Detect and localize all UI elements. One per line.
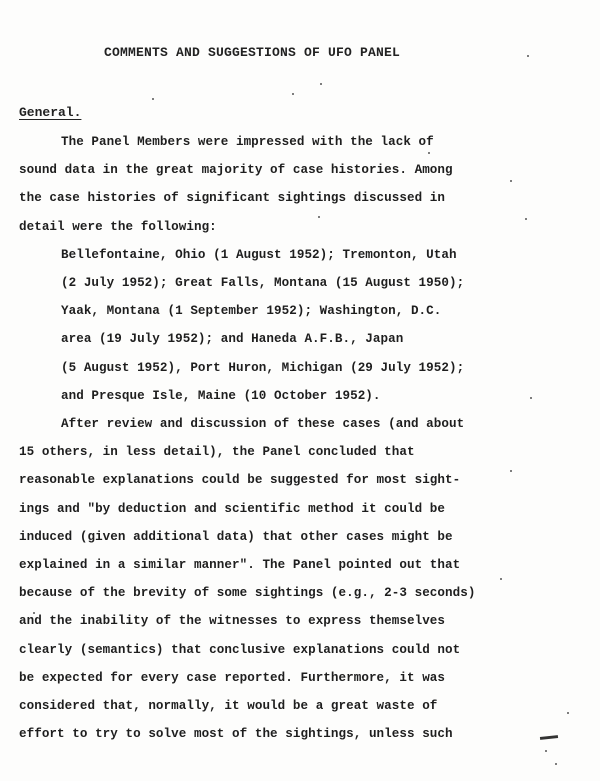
scan-speck [152,98,154,100]
body-line: and Presque Isle, Maine (10 October 1952… [61,389,381,403]
scan-speck [545,750,547,752]
body-line: explained in a similar manner". The Pane… [19,558,460,572]
scan-speck [292,93,294,95]
body-line: (2 July 1952); Great Falls, Montana (15 … [61,276,464,290]
body-line: ings and "by deduction and scientific me… [19,502,445,516]
section-heading: General. [19,105,81,120]
body-line: be expected for every case reported. Fur… [19,671,445,685]
scan-speck [527,55,529,57]
body-line: (5 August 1952), Port Huron, Michigan (2… [61,361,464,375]
body-line: Yaak, Montana (1 September 1952); Washin… [61,304,441,318]
scan-speck [510,470,512,472]
body-line: After review and discussion of these cas… [61,417,464,431]
scan-speck [428,152,430,154]
body-line: and the inability of the witnesses to ex… [19,614,445,628]
body-line: Bellefontaine, Ohio (1 August 1952); Tre… [61,248,457,262]
scan-speck [33,612,35,614]
body-line: reasonable explanations could be suggest… [19,473,460,487]
scan-speck [318,216,320,218]
body-line: clearly (semantics) that conclusive expl… [19,643,460,657]
scan-speck [525,218,527,220]
body-line: detail were the following: [19,220,217,234]
scan-speck [530,397,532,399]
scan-speck [320,83,322,85]
scan-speck [567,712,569,714]
scan-speck [555,763,557,765]
scan-speck [510,180,512,182]
document-title: COMMENTS AND SUGGESTIONS OF UFO PANEL [104,45,400,60]
body-line: sound data in the great majority of case… [19,163,453,177]
body-line: area (19 July 1952); and Haneda A.F.B., … [61,332,403,346]
body-line: considered that, normally, it would be a… [19,699,437,713]
document-page: COMMENTS AND SUGGESTIONS OF UFO PANEL Ge… [0,0,600,781]
body-line: induced (given additional data) that oth… [19,530,453,544]
body-line: the case histories of significant sighti… [19,191,445,205]
body-line: because of the brevity of some sightings… [19,586,475,600]
body-line: The Panel Members were impressed with th… [61,135,434,149]
scan-mark [540,735,558,740]
body-line: effort to try to solve most of the sight… [19,727,453,741]
scan-speck [500,578,502,580]
body-line: 15 others, in less detail), the Panel co… [19,445,415,459]
